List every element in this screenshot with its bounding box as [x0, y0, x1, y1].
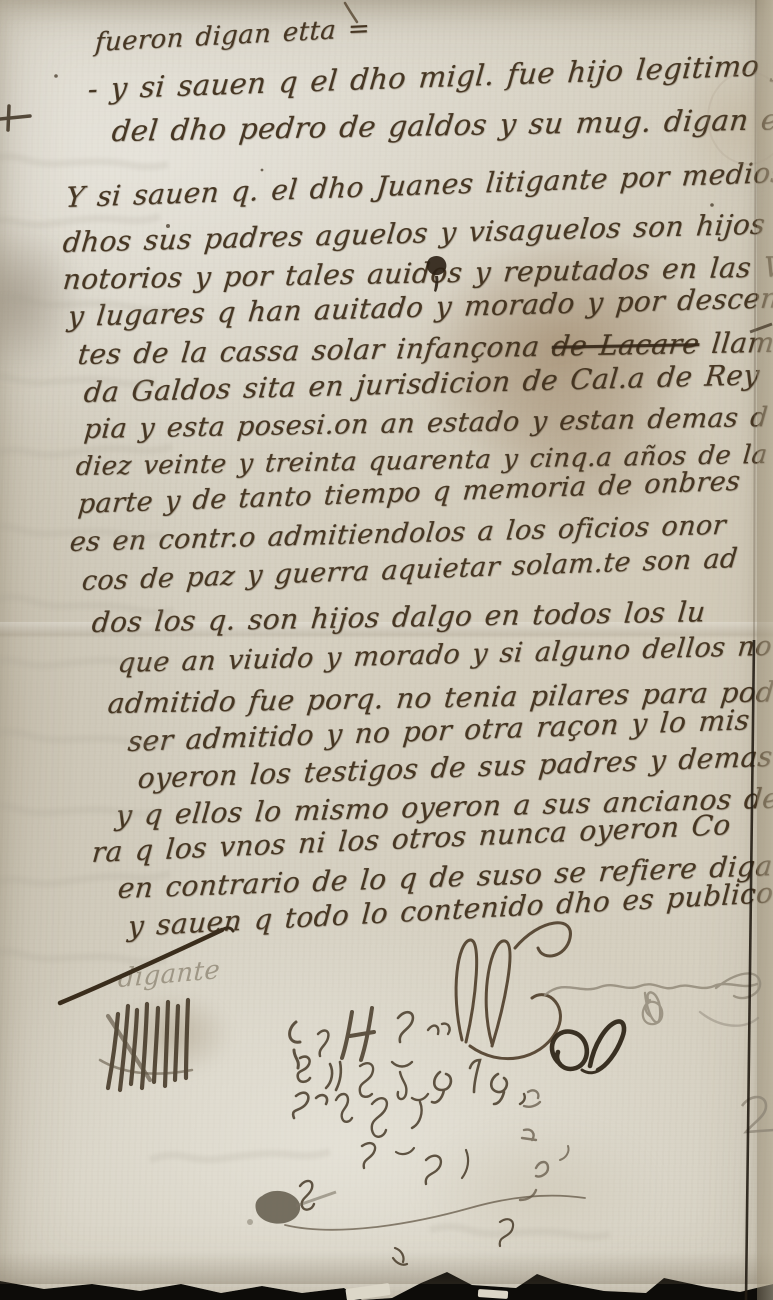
line-text: llama [698, 326, 773, 361]
manuscript-scan: fueron digan etta = - y si sauen q el dh… [0, 0, 773, 1300]
struck-text: de Lacare [550, 327, 701, 363]
paper-shard [478, 1289, 508, 1299]
